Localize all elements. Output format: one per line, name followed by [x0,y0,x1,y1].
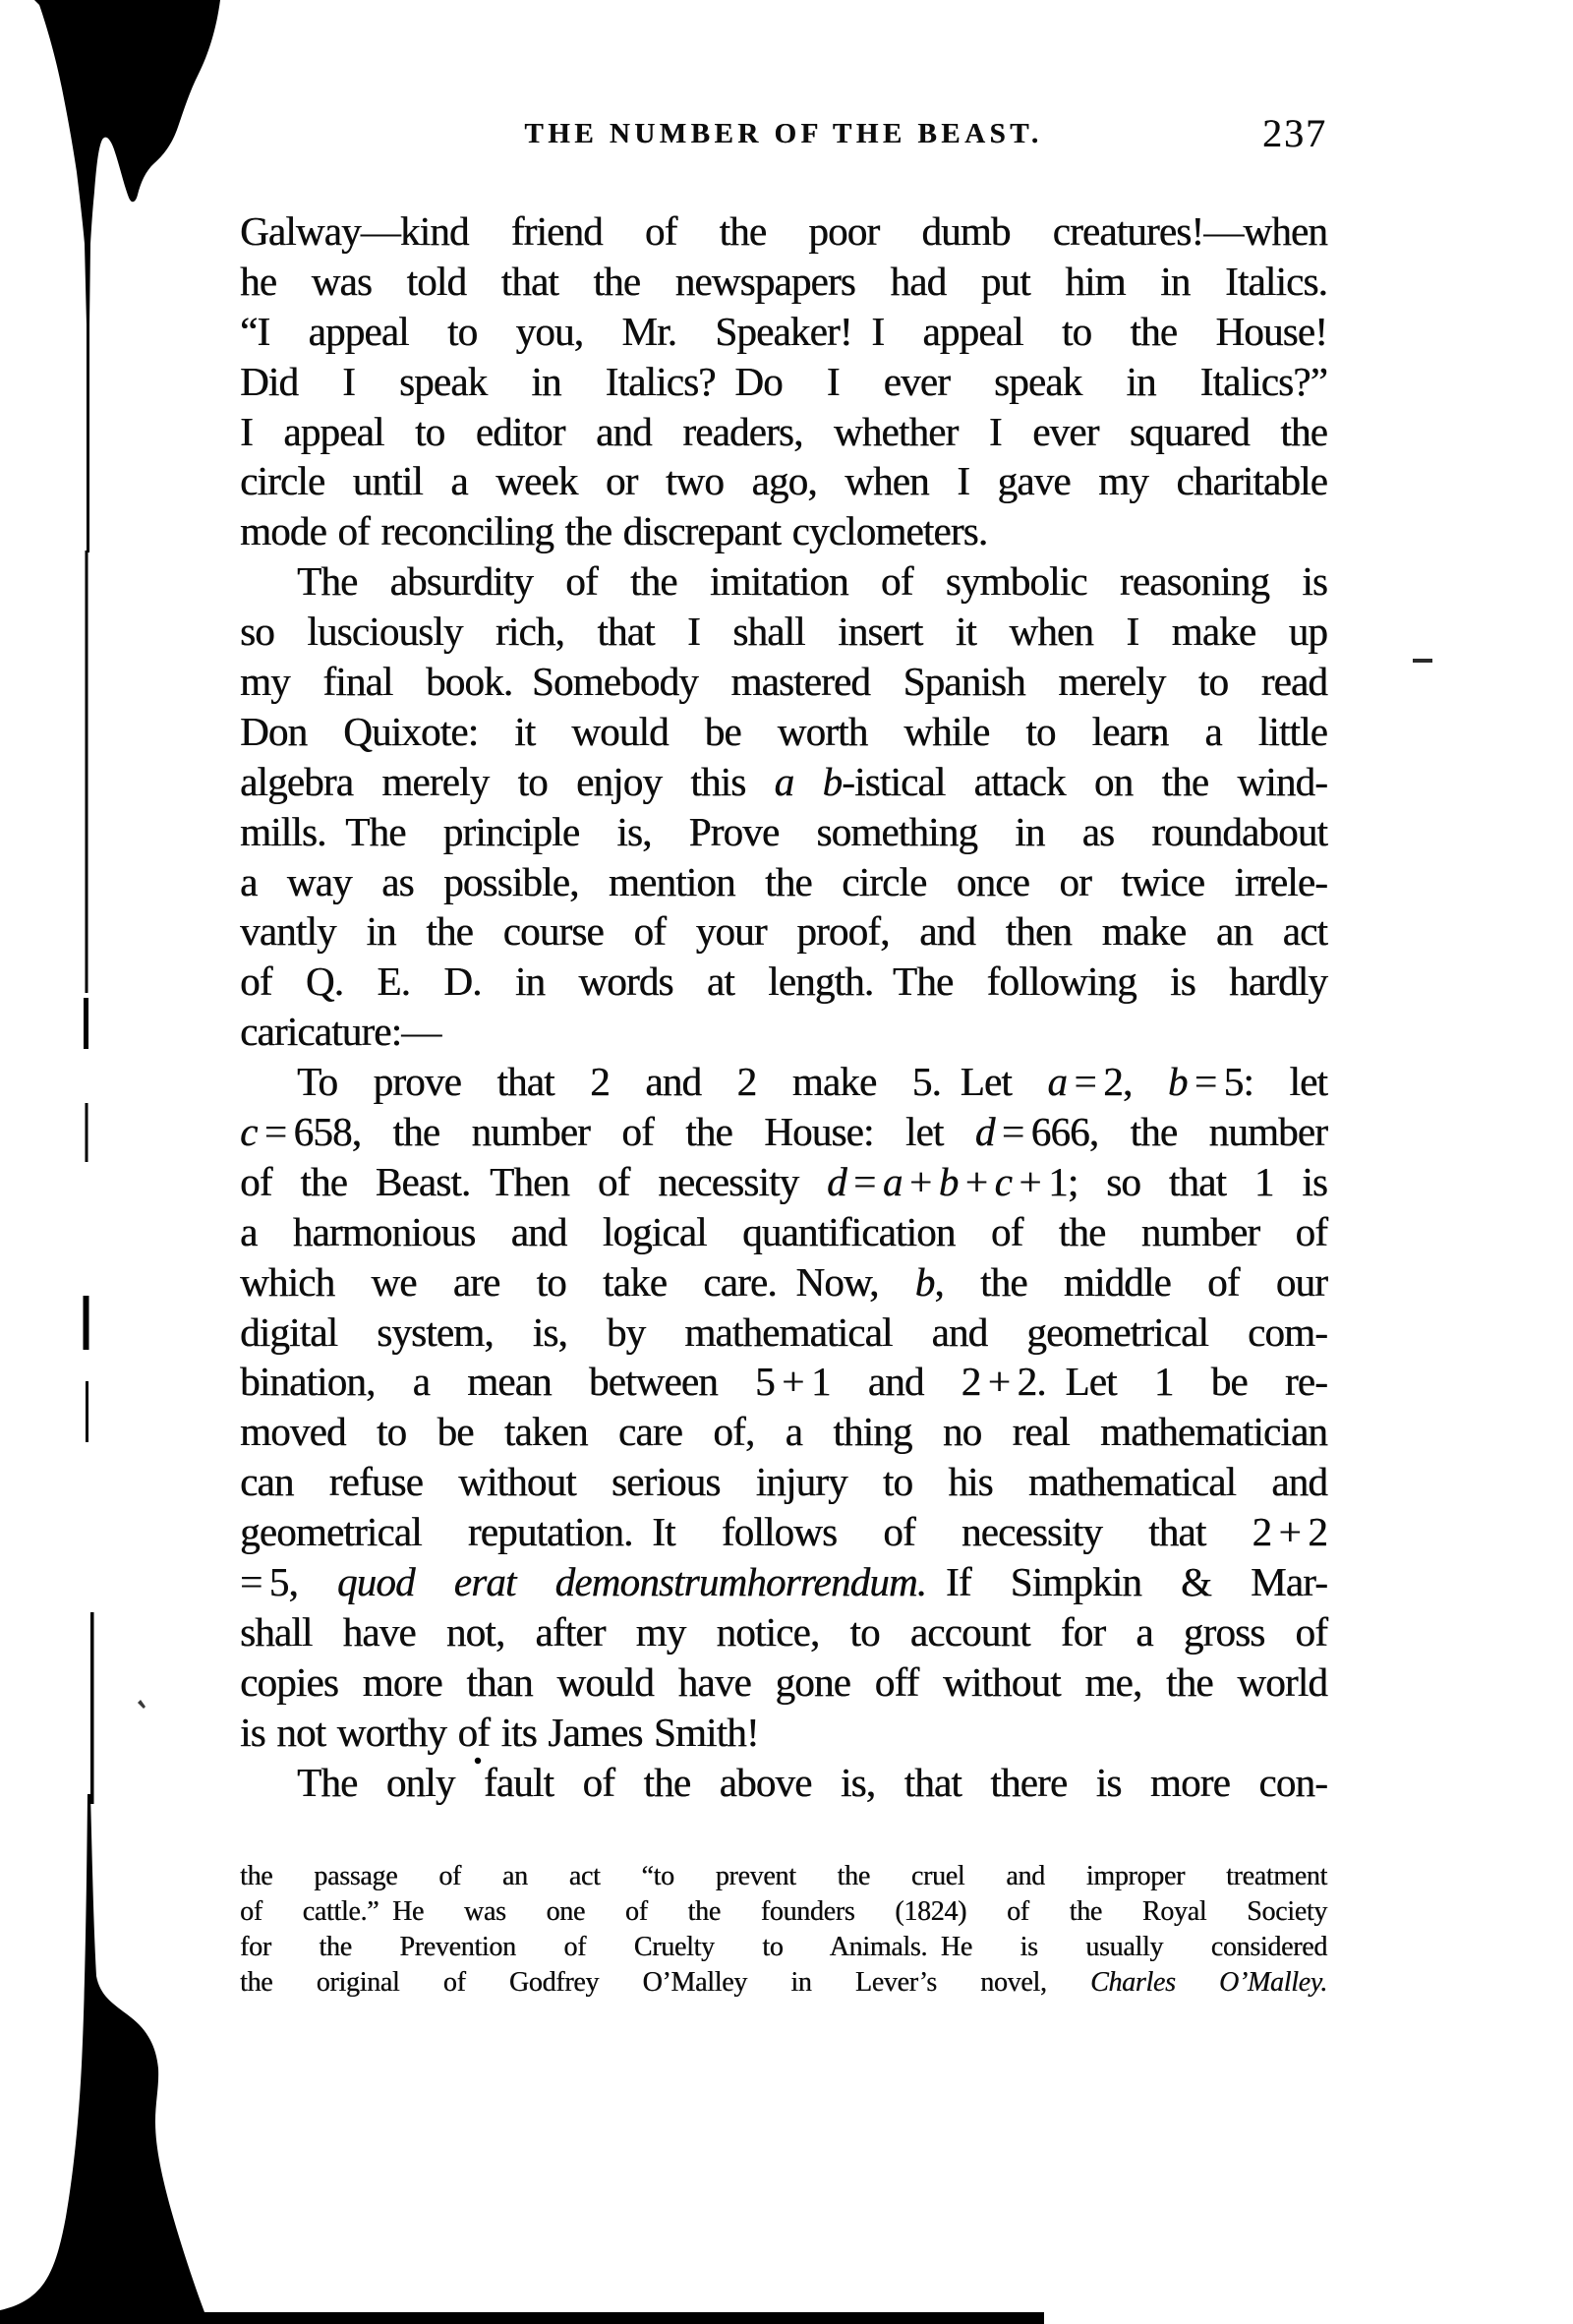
plain-text: + 1; so that 1 is [1012,1159,1327,1204]
bottom-ink-blot [0,1794,211,2324]
italic-text: a b [775,759,843,804]
italic-text: b [915,1259,935,1305]
text-line: bination, a mean between 5 + 1 and 2 + 2… [240,1357,1327,1407]
plain-text: Galway—kind friend of the poor dumb crea… [240,208,1327,254]
plain-text: algebra merely to enjoy this [240,759,775,804]
plain-text: of cattle.” He was one of the founders (… [240,1896,1327,1927]
plain-text: copies more than would have gone off wit… [240,1659,1327,1705]
text-line: mills. The principle is, Prove something… [240,807,1327,857]
plain-text: mode of reconciling the discrepant cyclo… [240,508,987,553]
plain-text: = 658, the number of the House: let [257,1109,974,1154]
plain-text: caricature:— [240,1009,440,1054]
paragraph: Galway—kind friend of the poor dumb crea… [240,206,1327,556]
paragraph: The absurdity of the imitation of symbol… [240,556,1327,1057]
plain-text: = 2, [1067,1059,1168,1104]
italic-text: quod erat demonstrumhorrendum. [337,1559,926,1604]
footnote: the passage of an act “to prevent the cr… [240,1859,1327,2001]
paragraph: The only fault of the above is, that the… [240,1758,1327,1808]
text-line: Galway—kind friend of the poor dumb crea… [240,206,1327,257]
text-line: vantly in the course of your proof, and … [240,906,1327,957]
text-line: digital system, is, by mathematical and … [240,1307,1327,1358]
text-line: for the Prevention of Cruelty to Animals… [240,1930,1327,1965]
plain-text: circle until a week or two ago, when I g… [240,458,1327,503]
text-line: algebra merely to enjoy this a b-istical… [240,757,1327,807]
italic-text: c [240,1109,257,1154]
text-line: the passage of an act “to prevent the cr… [240,1859,1327,1894]
plain-text: is not worthy of its James Smith! [240,1710,759,1755]
running-title: THE NUMBER OF THE BEAST. [240,118,1327,150]
text-line: of cattle.” He was one of the founders (… [240,1894,1327,1930]
italic-text: Charles O’Malley. [1090,1967,1327,1998]
plain-text: mills. The principle is, Prove something… [240,809,1327,854]
text-line: of the Beast. Then of necessity d = a + … [240,1157,1327,1207]
text-line: is not worthy of its James Smith! [240,1708,1327,1758]
body-text: Galway—kind friend of the poor dumb crea… [240,206,1327,1808]
text-line: copies more than would have gone off wit… [240,1657,1327,1708]
text-line: he was told that the newspapers had put … [240,257,1327,307]
text-line: circle until a week or two ago, when I g… [240,456,1327,506]
plain-text: geometrical reputation. It follows of ne… [240,1509,1327,1554]
plain-text: the original of Godfrey O’Malley in Leve… [240,1967,1090,1998]
plain-text: my final book. Somebody mastered Spanish… [240,659,1327,704]
text-line: caricature:— [240,1007,1327,1057]
text-line: can refuse without serious injury to his… [240,1457,1327,1507]
plain-text: digital system, is, by mathematical and … [240,1309,1327,1355]
plain-text: the passage of an act “to prevent the cr… [240,1861,1327,1891]
text-line: so lusciously rich, that I shall insert … [240,607,1327,657]
plain-text: moved to be taken care of, a thing no re… [240,1409,1327,1454]
text-line: of Q. E. D. in words at length. The foll… [240,957,1327,1007]
plain-text: Don Quixote: it would be worth while to … [240,709,1327,754]
italic-text: b [1168,1059,1188,1104]
text-line: = 5, quod erat demonstrumhorrendum. If S… [240,1557,1327,1607]
page-header: THE NUMBER OF THE BEAST. 237 [240,0,1327,197]
text-line: a way as possible, mention the circle on… [240,857,1327,907]
left-ink-streak [84,551,94,1804]
plain-text: + [958,1159,994,1204]
plain-text: a way as possible, mention the circle on… [240,859,1327,904]
text-line: moved to be taken care of, a thing no re… [240,1407,1327,1457]
italic-text: d [975,1109,995,1154]
plain-text: he was told that the newspapers had put … [240,259,1327,304]
plain-text: = 666, the number [994,1109,1327,1154]
plain-text: a harmonious and logical quantification … [240,1209,1327,1254]
plain-text: which we are to take care. Now, [240,1259,915,1305]
text-line: The only fault of the above is, that the… [240,1758,1327,1808]
plain-text: “I appeal to you, Mr. Speaker! I appeal … [240,309,1327,354]
text-line: mode of reconciling the discrepant cyclo… [240,506,1327,556]
text-line: a harmonious and logical quantification … [240,1207,1327,1257]
text-line: my final book. Somebody mastered Spanish… [240,657,1327,707]
plain-text: The absurdity of the imitation of symbol… [297,558,1327,604]
right-margin-speck [1413,659,1432,663]
scanned-book-page: THE NUMBER OF THE BEAST. 237 Galway—kind… [0,0,1573,2324]
text-line: the original of Godfrey O’Malley in Leve… [240,1965,1327,2001]
text-line: Don Quixote: it would be worth while to … [240,707,1327,757]
plain-text: bination, a mean between 5 + 1 and 2 + 2… [240,1359,1327,1404]
plain-text: = 5: let [1188,1059,1327,1104]
plain-text: I appeal to editor and readers, whether … [240,409,1327,454]
italic-text: c [995,1159,1012,1204]
plain-text: + [903,1159,939,1204]
text-line: “I appeal to you, Mr. Speaker! I appeal … [240,307,1327,357]
paragraph: To prove that 2 and 2 make 5. Let a = 2,… [240,1057,1327,1757]
top-ink-blot [34,0,220,552]
plain-text: shall have not, after my notice, to acco… [240,1609,1327,1655]
plain-text: so lusciously rich, that I shall insert … [240,609,1327,654]
page-number: 237 [1262,110,1327,156]
text-line: I appeal to editor and readers, whether … [240,407,1327,457]
plain-text: If Simpkin & Mar- [926,1559,1327,1604]
text-line: To prove that 2 and 2 make 5. Let a = 2,… [240,1057,1327,1107]
plain-text: of the Beast. Then of necessity [240,1159,827,1204]
text-line: which we are to take care. Now, b, the m… [240,1257,1327,1307]
italic-text: a [883,1159,903,1204]
text-line: shall have not, after my notice, to acco… [240,1607,1327,1657]
plain-text: -istical attack on the wind- [842,759,1327,804]
plain-text: Did I speak in Italics? Do I ever speak … [240,359,1327,404]
plain-text: of Q. E. D. in words at length. The foll… [240,959,1327,1004]
plain-text: = 5, [240,1559,337,1604]
text-line: c = 658, the number of the House: let d … [240,1107,1327,1157]
plain-text: can refuse without serious injury to his… [240,1459,1327,1504]
text-line: Did I speak in Italics? Do I ever speak … [240,357,1327,407]
plain-text: for the Prevention of Cruelty to Animals… [240,1932,1327,1962]
left-margin-tick [138,1700,146,1709]
plain-text: , the middle of our [934,1259,1327,1305]
text-line: The absurdity of the imitation of symbol… [240,556,1327,607]
plain-text: vantly in the course of your proof, and … [240,908,1327,954]
italic-text: b [939,1159,959,1204]
bottom-edge-bar [197,2312,1044,2324]
plain-text: The only fault of the above is, that the… [297,1760,1327,1805]
italic-text: a [1047,1059,1067,1104]
italic-text: d [827,1159,846,1204]
text-line: geometrical reputation. It follows of ne… [240,1507,1327,1557]
plain-text: = [846,1159,883,1204]
plain-text: To prove that 2 and 2 make 5. Let [297,1059,1047,1104]
